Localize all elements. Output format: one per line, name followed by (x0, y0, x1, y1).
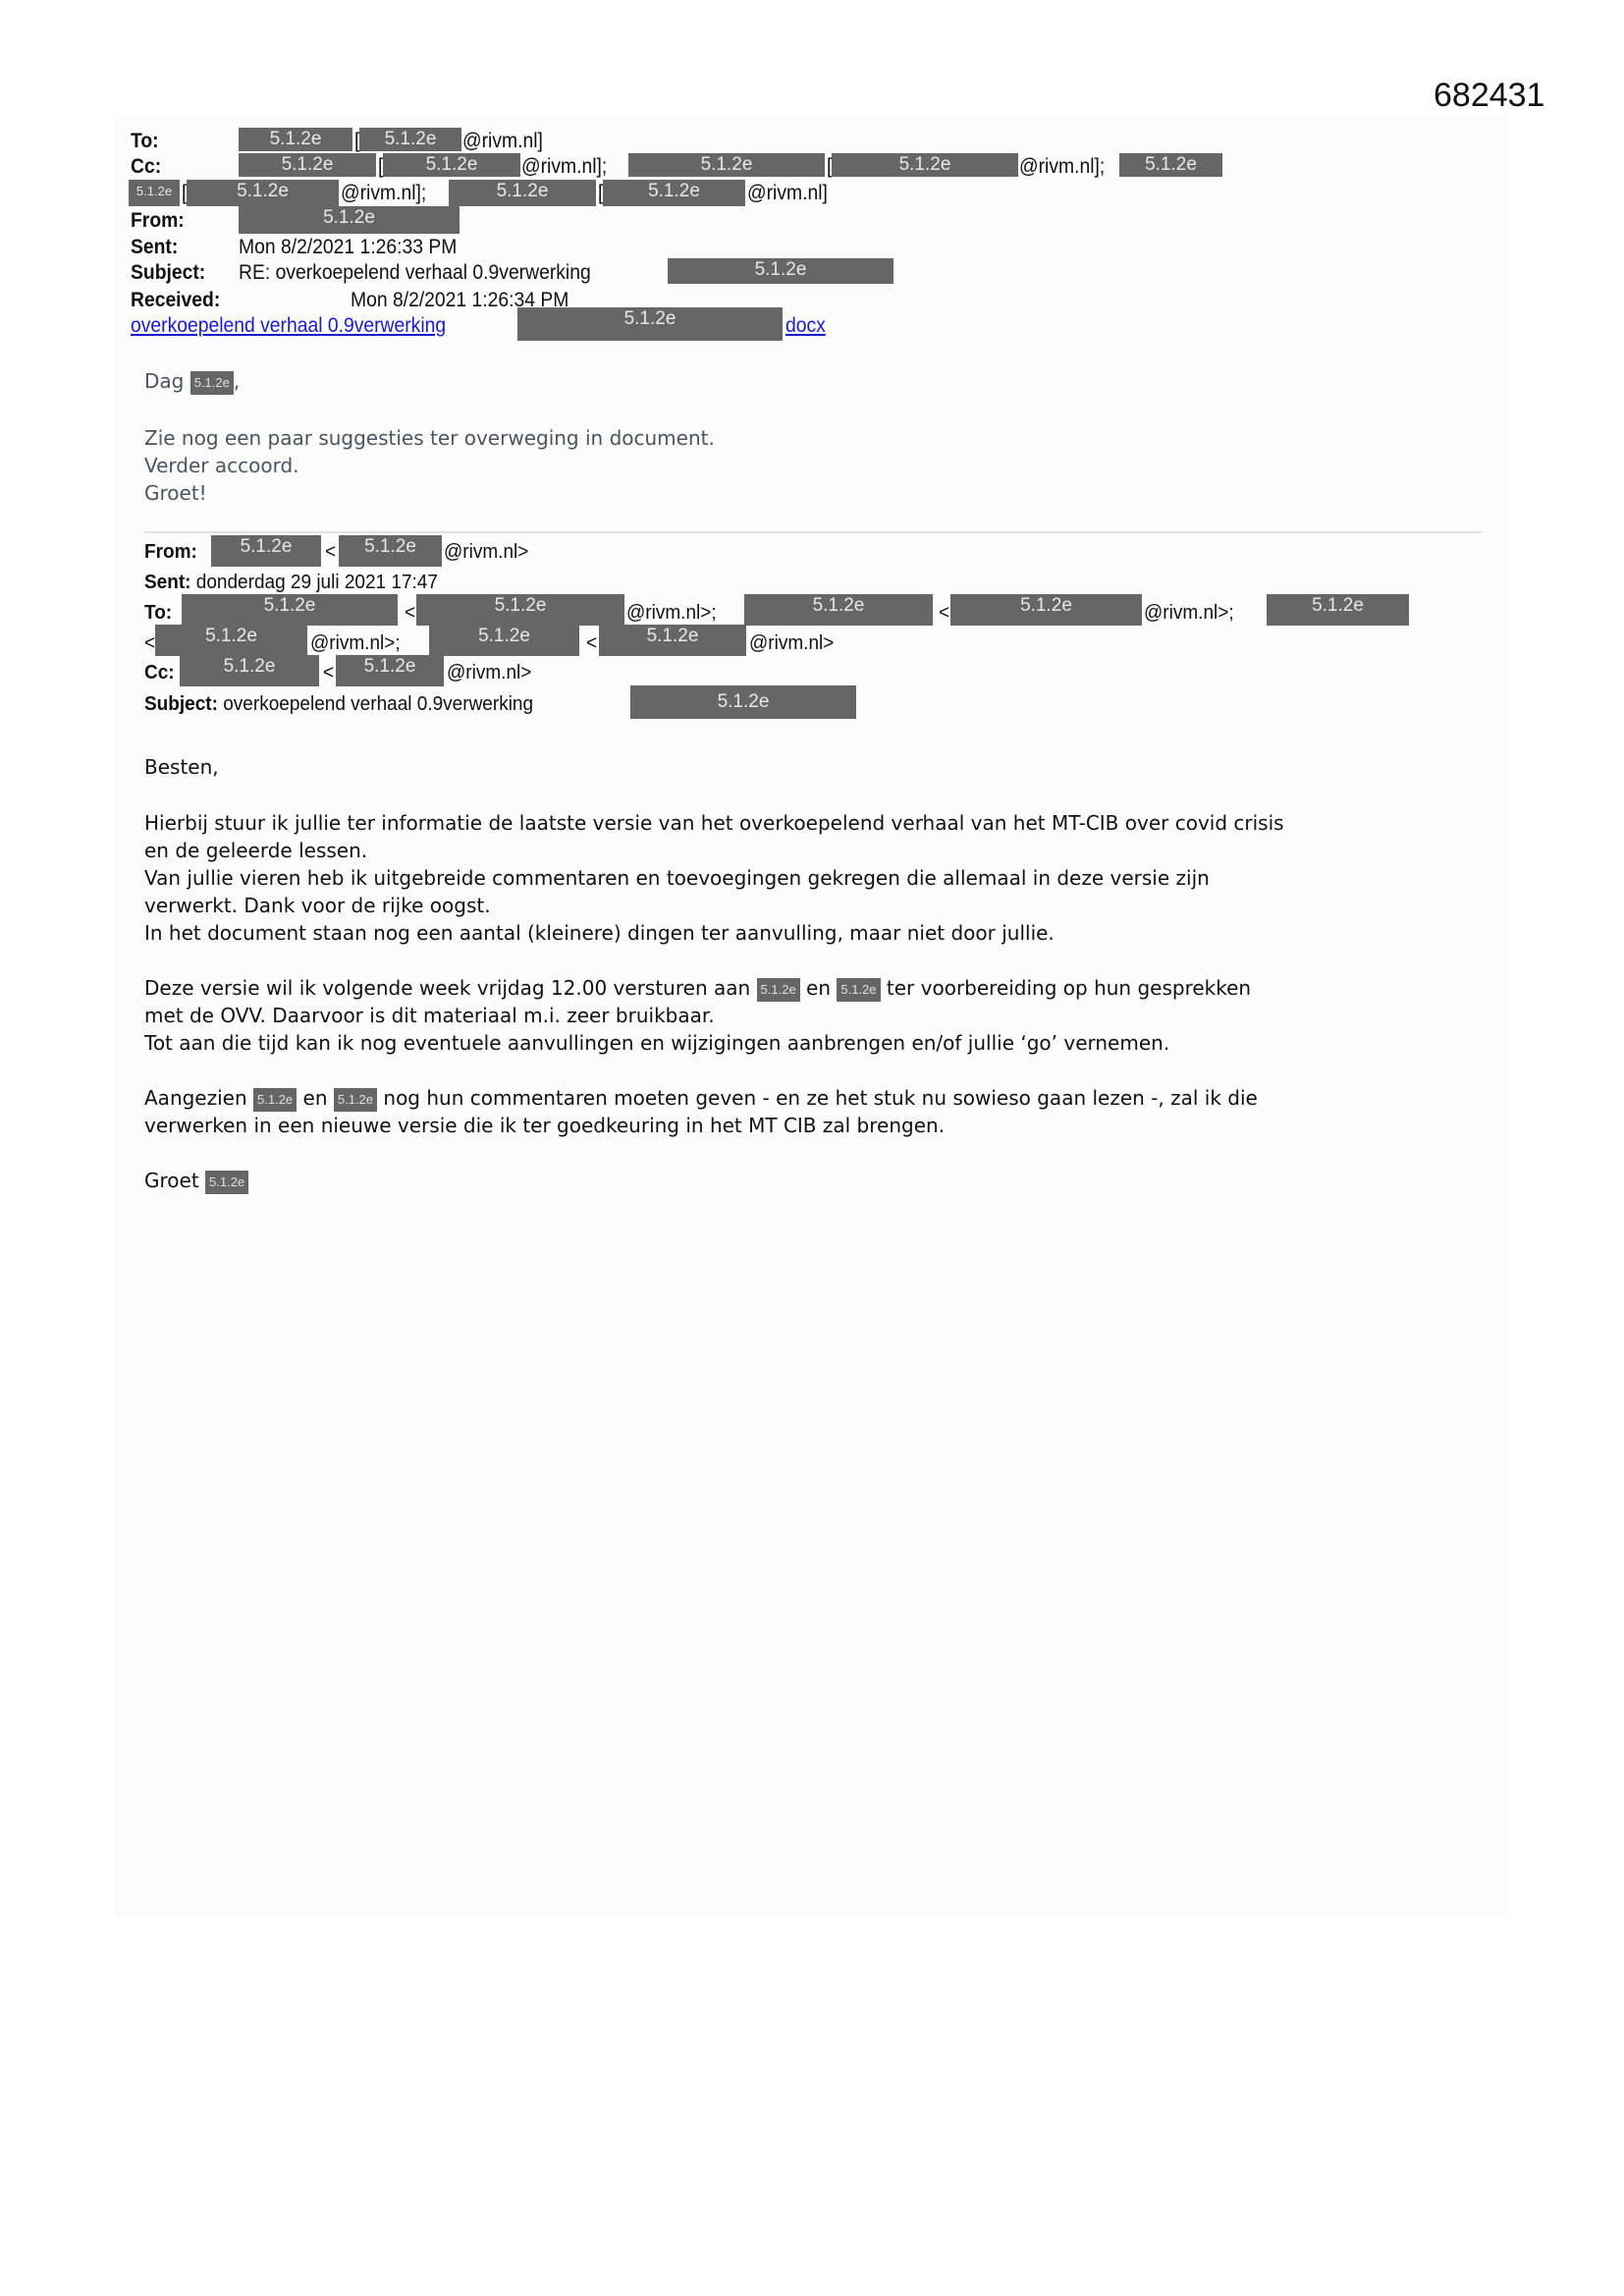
redaction: 5.1.2e (334, 1088, 377, 1112)
redaction: 5.1.2e (630, 685, 856, 719)
body-line: met de OVV. Daarvoor is dit materiaal m.… (144, 1002, 715, 1029)
redaction: 5.1.2e (837, 978, 880, 1002)
lt: < (405, 601, 415, 625)
email-domain: @rivm.nl>; (310, 631, 401, 655)
email-domain: @rivm.nl>; (1144, 601, 1234, 625)
redaction: 5.1.2e (599, 625, 746, 656)
redaction: 5.1.2e (187, 180, 339, 206)
lt: < (323, 661, 334, 684)
lt: < (939, 601, 949, 625)
email-domain: @rivm.nl]; (1019, 155, 1105, 179)
body-line: Tot aan die tijd kan ik nog eventuele aa… (144, 1029, 1169, 1057)
body-line: Hierbij stuur ik jullie ter informatie d… (144, 809, 1284, 837)
body-line: Aangezien 5.1.2e en 5.1.2e nog hun comme… (144, 1084, 1258, 1112)
email-domain: @rivm.nl> (447, 661, 531, 684)
email-domain: @rivm.nl]; (521, 155, 607, 179)
redaction: 5.1.2e (339, 535, 442, 567)
redaction: 5.1.2e (190, 371, 234, 395)
redaction: 5.1.2e (253, 1088, 297, 1112)
body-line: In het document staan nog een aantal (kl… (144, 919, 1055, 947)
redaction: 5.1.2e (744, 594, 933, 626)
cc-label: Cc: (131, 155, 161, 179)
redaction: 5.1.2e (239, 128, 352, 151)
redaction: 5.1.2e (359, 128, 461, 151)
reply-line: Zie nog een paar suggesties ter overwegi… (144, 424, 715, 452)
lt: < (144, 631, 155, 655)
redaction: 5.1.2e (239, 153, 376, 177)
redaction: 5.1.2e (211, 535, 321, 567)
email-domain: @rivm.nl>; (626, 601, 717, 625)
redaction: 5.1.2e (336, 655, 444, 686)
divider (143, 531, 1483, 533)
sent-value: Mon 8/2/2021 1:26:33 PM (239, 236, 457, 259)
redaction: 5.1.2e (429, 625, 579, 656)
closing: Groet 5.1.2e (144, 1167, 248, 1194)
subject-label: Subject: (131, 261, 205, 285)
document-number: 682431 (1434, 77, 1544, 115)
orig-subject: Subject: overkoepelend verhaal 0.9verwer… (144, 692, 533, 716)
body-line: en de geleerde lessen. (144, 837, 367, 864)
redaction: 5.1.2e (628, 153, 825, 177)
redaction: 5.1.2e (757, 978, 800, 1002)
sent-label: Sent: (131, 236, 178, 259)
redaction: 5.1.2e (668, 258, 893, 284)
orig-to-label: To: (144, 601, 172, 625)
redaction: 5.1.2e (155, 625, 307, 656)
body-line: verwerken in een nieuwe versie die ik te… (144, 1112, 945, 1139)
redaction: 5.1.2e (603, 180, 745, 206)
redaction: 5.1.2e (383, 153, 520, 177)
orig-from-label: From: (144, 540, 197, 564)
redaction: 5.1.2e (182, 594, 398, 626)
orig-cc-label: Cc: (144, 661, 175, 684)
redaction: 5.1.2e (832, 153, 1018, 177)
attachment-link-ext[interactable]: docx (785, 314, 826, 338)
email-domain: @rivm.nl> (444, 540, 528, 564)
lt: < (325, 540, 336, 564)
body-line: Van jullie vieren heb ik uitgebreide com… (144, 864, 1210, 892)
redaction: 5.1.2e (950, 594, 1142, 626)
subject-value: RE: overkoepelend verhaal 0.9verwerking (239, 261, 591, 285)
redaction: 5.1.2e (449, 180, 596, 206)
received-label: Received: (131, 289, 220, 312)
to-label: To: (131, 130, 159, 153)
lt: < (586, 631, 597, 655)
reply-line: Groet! (144, 479, 207, 507)
redaction: 5.1.2e (180, 655, 319, 686)
redaction: 5.1.2e (239, 206, 460, 234)
redaction: 5.1.2e (1267, 594, 1409, 626)
email-domain: @rivm.nl]; (341, 182, 426, 205)
body-line: Deze versie wil ik volgende week vrijdag… (144, 974, 1251, 1002)
attachment-link[interactable]: overkoepelend verhaal 0.9verwerking (131, 314, 446, 338)
reply-line: Verder accoord. (144, 452, 299, 479)
redaction: 5.1.2e (205, 1171, 248, 1194)
body-line: verwerkt. Dank voor de rijke oogst. (144, 892, 491, 919)
email-domain: @rivm.nl] (747, 182, 828, 205)
redaction: 5.1.2e (129, 180, 180, 206)
email-domain: @rivm.nl> (749, 631, 834, 655)
salutation: Besten, (144, 753, 219, 781)
reply-greeting: Dag 5.1.2e, (144, 367, 240, 395)
redaction: 5.1.2e (1119, 153, 1222, 177)
redaction: 5.1.2e (416, 594, 624, 626)
email-domain: @rivm.nl] (462, 130, 543, 153)
from-label: From: (131, 209, 185, 233)
orig-sent: Sent: donderdag 29 juli 2021 17:47 (144, 571, 438, 594)
redaction: 5.1.2e (517, 307, 783, 341)
